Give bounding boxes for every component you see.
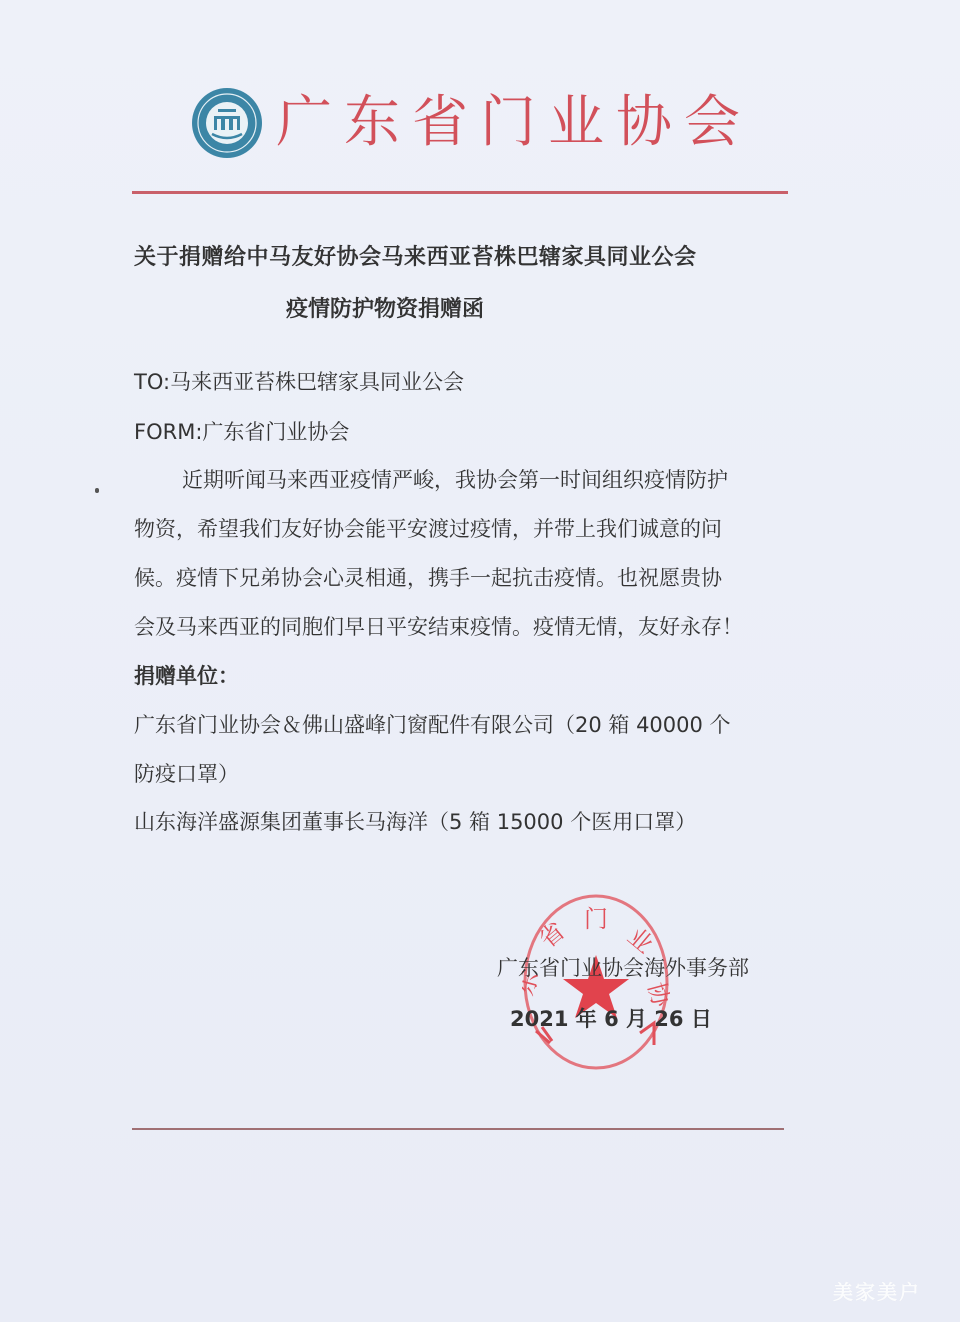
body-line: 候。疫情下兄弟协会心灵相通，携手一起抗击疫情。也祝愿贵协 bbox=[134, 562, 722, 592]
body-line: 近期听闻马来西亚疫情严峻，我协会第一时间组织疫情防护 bbox=[182, 464, 728, 494]
letter-title-line-2: 疫情防护物资捐赠函 bbox=[286, 292, 484, 323]
official-seal-stamp-icon: 省 门 业 东 协 bbox=[522, 893, 670, 1071]
signature-department: 广东省门业协会海外事务部 bbox=[497, 952, 749, 982]
letterhead-divider bbox=[132, 191, 788, 194]
body-line: 会及马来西亚的同胞们早日平安结束疫情。疫情无情，友好永存！ bbox=[134, 611, 743, 641]
signature-date: 2021 年 6 月 26 日 bbox=[510, 1003, 712, 1033]
donors-heading: 捐赠单位： bbox=[134, 660, 239, 690]
donor-item: 山东海洋盛源集团董事长马海洋（5 箱 15000 个医用口罩） bbox=[134, 806, 696, 836]
recipient-field: TO:马来西亚苔株巴辖家具同业公会 bbox=[134, 366, 464, 396]
body-line: 物资，希望我们友好协会能平安渡过疫情，并带上我们诚意的问 bbox=[134, 513, 722, 543]
scan-speck bbox=[95, 488, 99, 493]
sender-field: FORM:广东省门业协会 bbox=[134, 416, 349, 446]
donor-item: 广东省门业协会＆佛山盛峰门窗配件有限公司（20 箱 40000 个 bbox=[134, 709, 731, 739]
site-watermark: 美家美户 bbox=[833, 1276, 921, 1305]
association-logo-icon bbox=[190, 86, 264, 160]
donor-item-continued: 防疫口罩） bbox=[134, 758, 239, 788]
svg-text:省: 省 bbox=[534, 917, 570, 954]
svg-text:门: 门 bbox=[584, 905, 608, 933]
letter-title-line-1: 关于捐赠给中马友好协会马来西亚苔株巴辖家具同业公会 bbox=[134, 240, 697, 271]
footer-divider bbox=[132, 1128, 784, 1130]
letterhead-org-name: 广东省门业协会 bbox=[276, 80, 752, 166]
letter-page: 广东省门业协会 关于捐赠给中马友好协会马来西亚苔株巴辖家具同业公会 疫情防护物资… bbox=[0, 0, 960, 1322]
